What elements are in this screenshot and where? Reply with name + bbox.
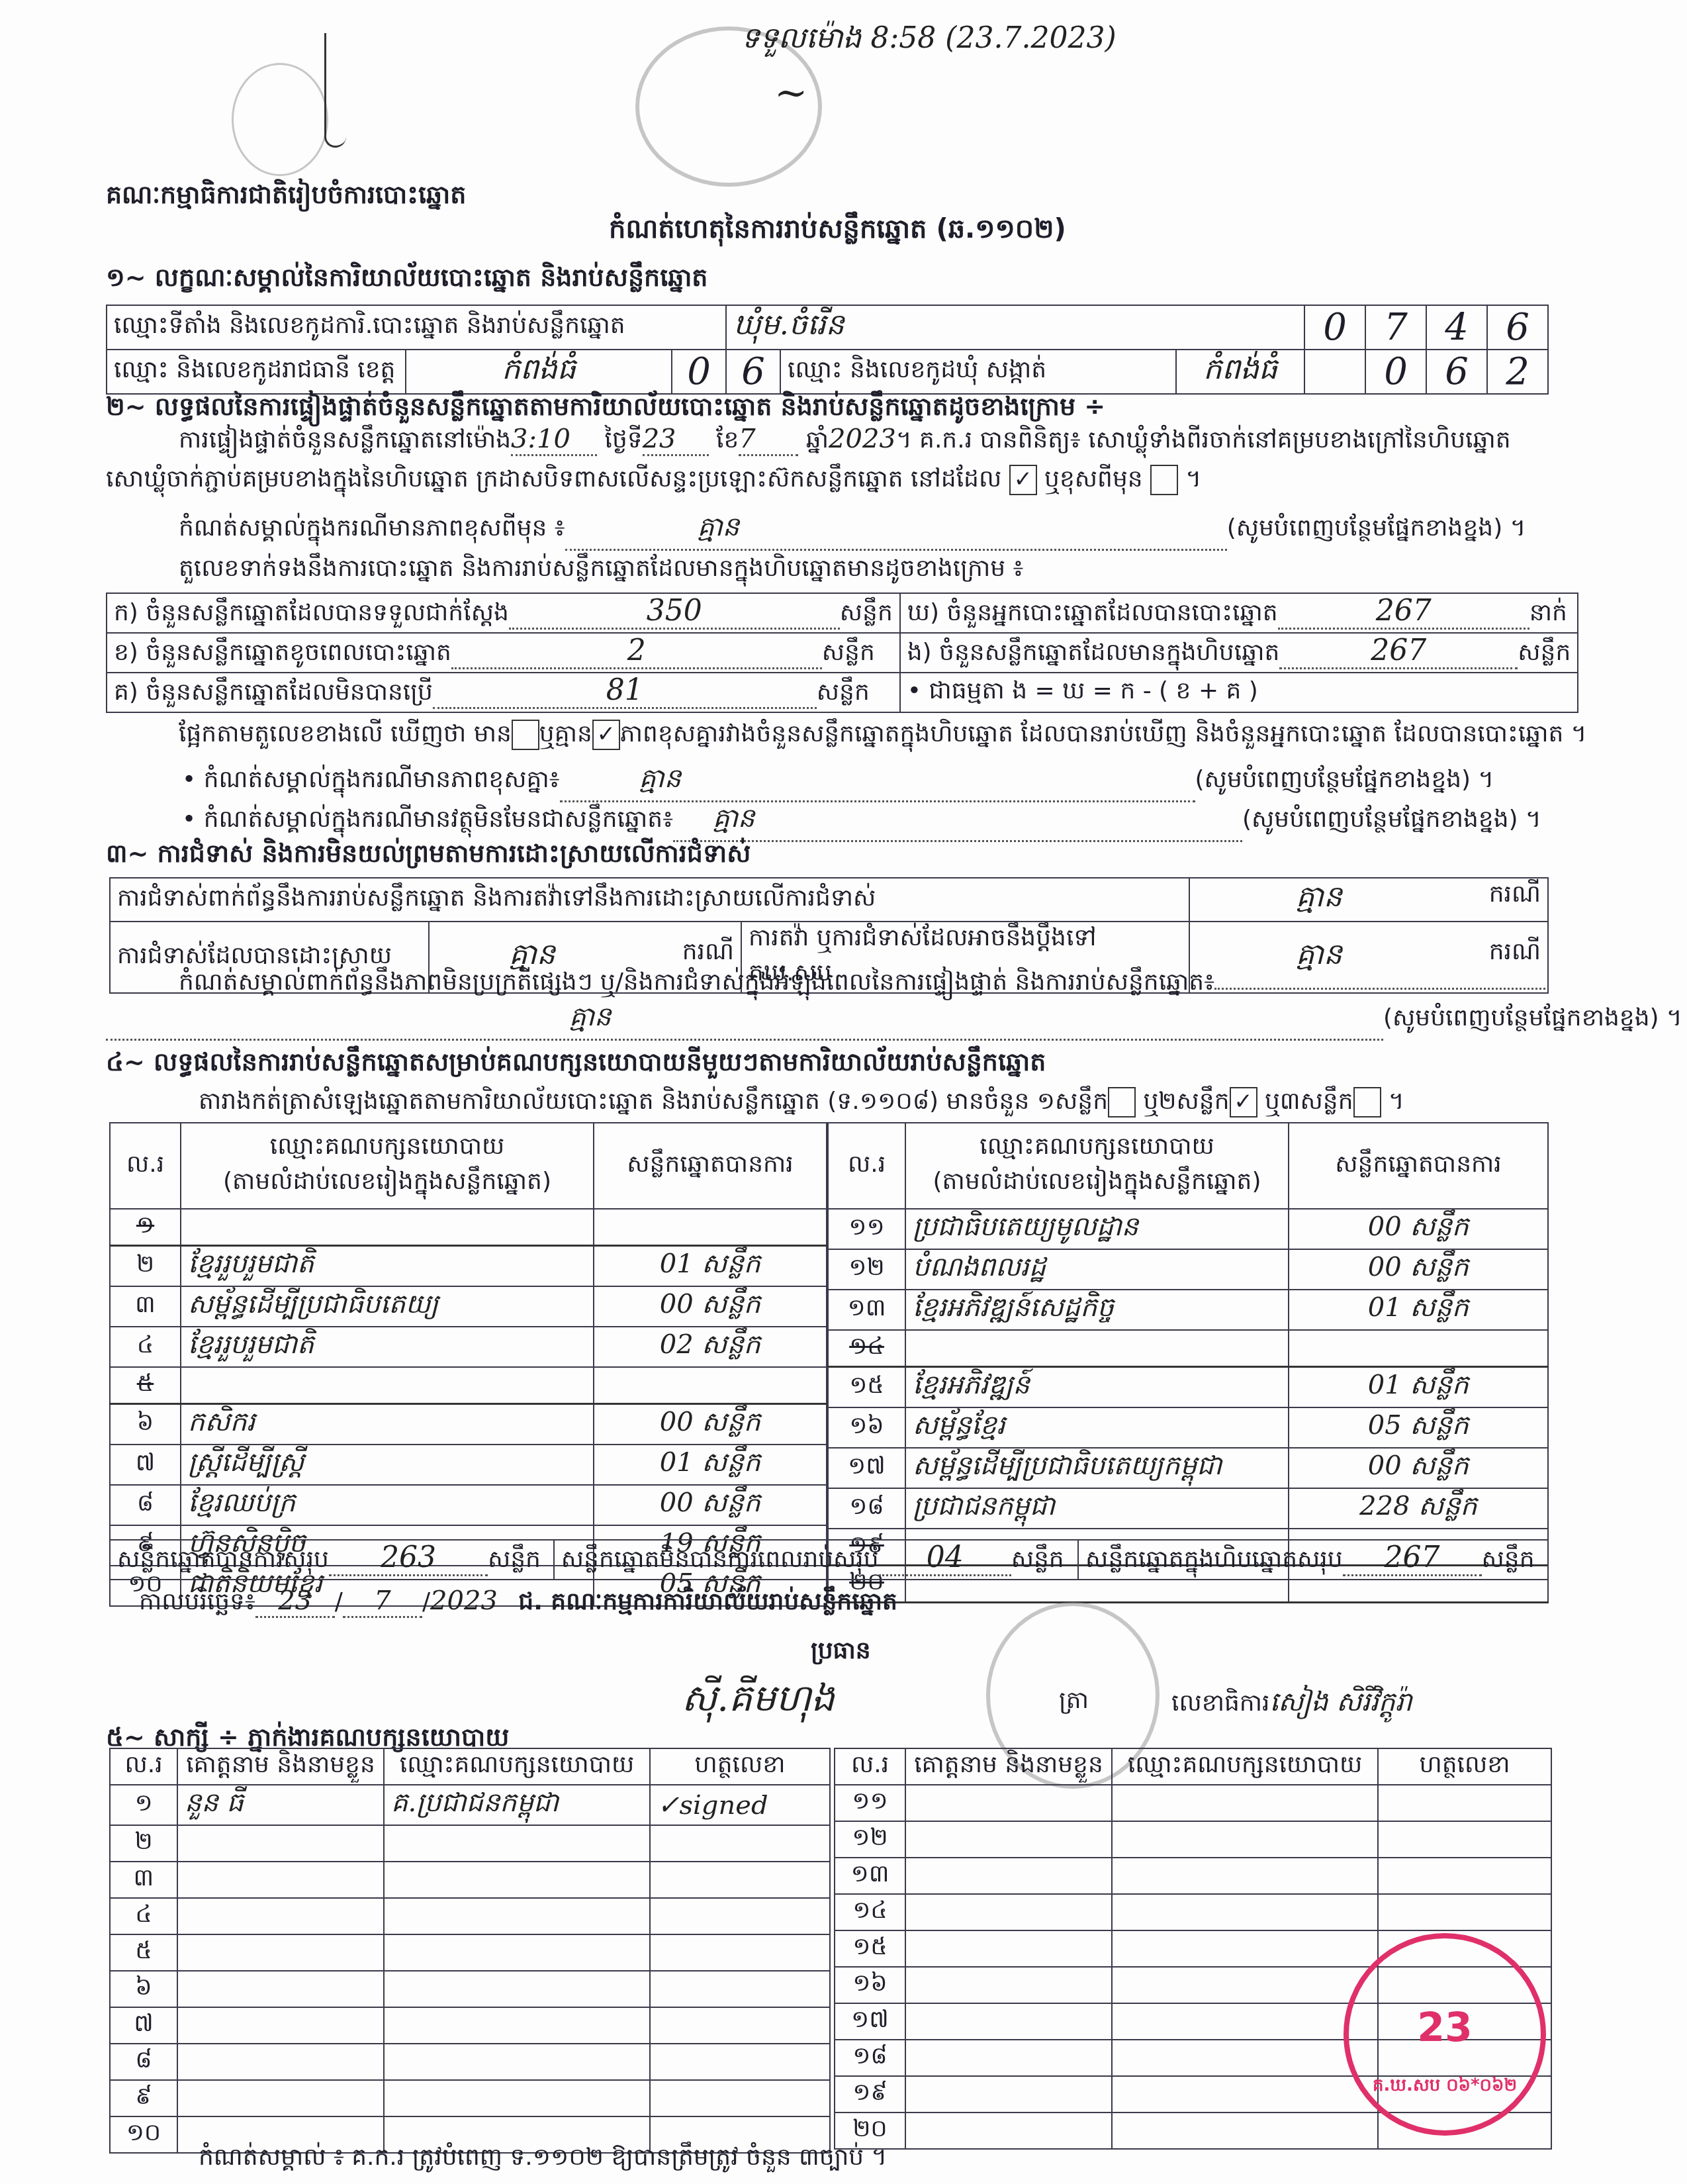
sheet-count-line: តារាងកត់ត្រាសំឡេងឆ្នោតតាមការិយាល័យបោះឆ្ន… [199,1086,1404,1121]
witness-party: គ.ប្រជាជនកម្ពុជា [384,1785,650,1825]
section2-title: ២~ លទ្ធផលនៃការផ្ទៀងផ្ទាត់ចំនួនសន្លឹកឆ្នោ… [106,391,1105,428]
result-row: ៥ [110,1367,827,1404]
witness-no: ១៥ [835,1930,905,1967]
result-row: ២ខ្មែររួបរួមជាតិ01 សន្លឹក [110,1246,827,1287]
party-votes: 01 សន្លឹក [1289,1367,1548,1408]
party-name: សម្ព័ន្ធដើម្បីប្រជាធិបតេយ្យ [181,1286,594,1327]
party-votes: 00 សន្លឹក [594,1485,827,1525]
witness-row: ១១ [835,1785,1551,1821]
section3-title: ៣~ ការជំទាស់ និងការមិនយល់ព្រមតាមការដោះស្… [106,837,751,875]
ballots-spoiled: 2 [451,634,822,669]
witness-name [905,1858,1112,1894]
ballots-received: 350 [509,594,840,630]
witness-row: ៧ [110,2007,830,2044]
witness-no: ១ [110,1785,177,1825]
witness-party [1112,2040,1378,2076]
date-day: 23 [255,1586,335,1618]
witness-sign [1378,1821,1551,1858]
total-valid: 263 [329,1541,488,1576]
witness-no: ១២ [835,1821,905,1858]
verify-month: 7 [739,424,798,456]
witness-no: ៦ [110,1971,177,2007]
witness-party [1112,1894,1378,1930]
result-row: ៨ខ្មែរឈប់ក្រ00 សន្លឹក [110,1485,827,1525]
party-votes [594,1209,827,1246]
witness-name [905,1930,1112,1967]
station-label: ឈ្មោះទីតាំង និងលេខកូដការិ.បោះឆ្នោត និងរា… [107,305,726,350]
witness-party [1112,2113,1378,2149]
result-row: ១៨ប្រជាជនកម្ពុជា228 សន្លឹក [828,1488,1548,1529]
total-in-box: 267 [1343,1541,1482,1576]
witness-name [905,2113,1112,2149]
witness-row: ១៤ [835,1894,1551,1930]
result-row: ១១ប្រជាធិបតេយ្យមូលដ្ឋាន00 សន្លឹក [828,1209,1548,1249]
witness-party [1112,1785,1378,1821]
formula: • ជាធម្មតា ង = ឃ = ក - ( ខ + គ ) [900,673,1578,712]
party-votes [1289,1330,1548,1367]
witness-sign [650,1934,830,1971]
verify-time: 3:10 [511,424,597,456]
witness-row: ១នួន ធីគ.ប្រជាជនកម្ពុជា✓signed [110,1785,830,1825]
party-votes: 00 សន្លឹក [1289,1249,1548,1290]
witness-row: ៦ [110,1971,830,2007]
ballots-unused: 81 [433,673,817,709]
party-votes: 01 សន្លឹក [1289,1290,1548,1330]
witness-sign: ✓signed [650,1785,830,1825]
witness-name [905,1785,1112,1821]
diff-note-line: កំណត់សម្គាល់ក្នុងករណីមានភាពខុសពីមុន ៖គ្ម… [179,510,1526,551]
witness-name [177,1971,384,2007]
party-name [181,1367,594,1404]
seal-changed-checkbox[interactable] [1150,465,1178,495]
witness-name [177,1934,384,1971]
party-votes: 01 សន្លឹក [594,1246,827,1287]
station-name: ឃុំម.ចំរើន [726,305,1304,350]
witness-sign [650,2007,830,2044]
party-name: ខ្មែររួបរួមជាតិ [181,1246,594,1287]
party-name: ប្រជាធិបតេយ្យមូលដ្ឋាន [905,1209,1289,1249]
party-votes: 00 សន្លឹក [594,1286,827,1327]
numbers-intro: តួលេខទាក់ទងនឹងការបោះឆ្នោត និងការរាប់សន្ល… [179,553,1023,588]
witness-sign [650,1825,830,1862]
footnote: កំណត់សម្គាល់ ៖ គ.ក.រ ត្រូវបំពេញ ទ.១១០២ ឱ… [199,2142,887,2177]
party-votes: 01 សន្លឹក [594,1445,827,1485]
province-code-0: 0 [672,350,726,394]
witness-row: ៥ [110,1934,830,1971]
party-name: បំណងពលរដ្ឋ [905,1249,1289,1290]
station-info-table: ឈ្មោះទីតាំង និងលេខកូដការិ.បោះឆ្នោត និងរា… [106,305,1549,395]
secretary-signature: សៀង សិរីវិក្តូរ៉ា [1270,1687,1412,1717]
party-name: ស្ត្រីដើម្បីស្ត្រី [181,1445,594,1485]
two-sheets-checkbox[interactable]: ✓ [1230,1087,1257,1117]
three-sheets-checkbox[interactable] [1353,1087,1381,1117]
party-votes: 02 សន្លឹក [594,1327,827,1367]
commune-label: ឈ្មោះ និងលេខកូដឃុំ សង្កាត់ [780,350,1176,394]
witness-row: ១៣ [835,1858,1551,1894]
party-name: សម្ព័ន្ធដើម្បីប្រជាធិបតេយ្យកម្ពុជា [905,1448,1289,1488]
station-code-0: 0 [1304,305,1365,350]
witness-no: ៨ [110,2044,177,2080]
result-row: ១២បំណងពលរដ្ឋ00 សន្លឹក [828,1249,1548,1290]
commune-code-0: 0 [1365,350,1426,394]
result-row: ១៦សម្ព័ន្ធខ្មែរ05 សន្លឹក [828,1407,1548,1448]
witness-no: ៧ [110,2007,177,2044]
witness-sign [650,1971,830,2007]
result-row: ១៣ខ្មែរអភិវឌ្ឍន៍សេដ្ឋកិច្ច01 សន្លឹក [828,1290,1548,1330]
witness-sign [650,1898,830,1934]
compare-line: ផ្អែកតាមតួលេខខាងលើ ឃើញថា មានឬគ្មាន✓ភាពខុ… [179,718,1587,753]
witness-row: ៩ [110,2080,830,2116]
witness-no: ១៨ [835,2040,905,2076]
witness-name [177,2007,384,2044]
witness-row: ១២ [835,1821,1551,1858]
witness-party [384,2007,650,2044]
result-row: ៦កសិករ00 សន្លឹក [110,1404,827,1445]
witness-party [384,1971,650,2007]
logo-pen-mark [324,33,346,148]
results-table-left: ល.រ ឈ្មោះគណបក្សនយោបាយ(តាមលំដាប់លេខរៀងក្ន… [109,1122,827,1607]
witness-no: ១៤ [835,1894,905,1930]
witness-party [384,1898,650,1934]
station-code-3: 6 [1487,305,1548,350]
witness-name [177,2044,384,2080]
witness-no: ១៩ [835,2076,905,2113]
party-name: ខ្មែររួបរួមជាតិ [181,1327,594,1367]
witness-sign [650,2044,830,2080]
difference-none-checkbox[interactable]: ✓ [592,720,620,750]
witness-no: ១៦ [835,1967,905,2003]
witness-no: ១០ [110,2116,177,2153]
chair-signature: ស៊ី.គីមហុង [682,1675,835,1729]
date-month: 7 [343,1586,422,1618]
results-table-right: ល.រ ឈ្មោះគណបក្សនយោបាយ(តាមលំដាប់លេខរៀងក្ន… [827,1122,1549,1603]
party-votes [594,1367,827,1404]
witness-sign [1378,1894,1551,1930]
seal-line: សោឃ្លុំចាក់ភ្ជាប់គម្របខាងក្នុងនៃហិបឆ្នោត… [106,463,1201,499]
nec-logo [232,63,328,176]
party-votes: 00 សន្លឹក [1289,1209,1548,1249]
result-row: ១ [110,1209,827,1246]
witness-no: ១៣ [835,1858,905,1894]
bullet2-value: គ្មាន [673,801,1242,842]
commune-name: កំពង់ធំ [1176,350,1304,394]
witness-name [905,1967,1112,2003]
witness-no: ៤ [110,1898,177,1934]
party-votes: 00 សន្លឹក [1289,1448,1548,1488]
witness-no: ៥ [110,1934,177,1971]
secretary-line: លេខាធិការសៀង សិរីវិក្តូរ៉ា [1171,1685,1412,1724]
chair-label: ប្រធាន [811,1635,871,1670]
witness-party [1112,2076,1378,2113]
section1-title: ១~ លក្ខណៈសម្គាល់នៃការិយាល័យបោះឆ្នោត និងរ… [106,261,708,299]
witness-no: ២ [110,1825,177,1862]
witness-party [1112,1930,1378,1967]
witness-name [905,1821,1112,1858]
verify-line: ការផ្ទៀងផ្ទាត់ចំនួនសន្លឹកឆ្នោតនៅម៉ោង3:10… [179,424,1511,459]
date-line: កាលបរិច្ឆេទ៖23/7/2023 ជ. គណៈកម្មការការិយ… [139,1586,897,1621]
witness-party [384,1825,650,1862]
station-code-1: 7 [1365,305,1426,350]
party-name [181,1209,594,1246]
diff-note-value: គ្មាន [565,510,1227,551]
witness-no: ៩ [110,2080,177,2116]
witness-table-left: ល.រ គោត្តនាម និងនាមខ្លួន ឈ្មោះគណបក្សនយោប… [109,1748,831,2154]
province-name: កំពង់ធំ [406,350,672,394]
witness-party [1112,1821,1378,1858]
witness-sign [1378,1858,1551,1894]
witness-name [177,2080,384,2116]
witness-row: ៤ [110,1898,830,1934]
station-code-2: 4 [1426,305,1487,350]
receipt-signature: ~ [774,70,807,116]
section4-title: ៤~ លទ្ធផលនៃការរាប់សន្លឹកឆ្នោតសម្រាប់គណបក… [106,1046,1046,1083]
party-votes: 228 សន្លឹក [1289,1488,1548,1529]
witness-party [384,1934,650,1971]
party-name: ខ្មែរអភិវឌ្ឍន៍សេដ្ឋកិច្ច [905,1290,1289,1330]
witness-name [905,2040,1112,2076]
irregularity-note-value: គ្មាន [106,1000,1383,1041]
witness-no: ៣ [110,1862,177,1898]
result-row: ៣សម្ព័ន្ធដើម្បីប្រជាធិបតេយ្យ00 សន្លឹក [110,1286,827,1327]
witness-party [1112,1858,1378,1894]
irregularity-note-line: គ្មាន(សូមបំពេញបន្ថែមផ្នែកខាងខ្នង) ។ [106,1000,1682,1041]
verify-year: 2023 [829,424,896,454]
witness-sign [650,2080,830,2116]
bullet1-value: គ្មាន [560,761,1195,802]
witness-name [177,1862,384,1898]
ballots-in-box: 267 [1279,634,1518,669]
witness-row: ២ [110,1825,830,1862]
witness-name [905,2003,1112,2040]
party-votes: 00 សន្លឹក [594,1404,827,1445]
irregularity-note-label: កំណត់សម្គាល់ពាក់ព័ន្ធនឹងភាពមិនប្រក្រតីផ្… [179,967,1545,1002]
bullet2-line: • កំណត់សម្គាល់ក្នុងករណីមានវត្ថុមិនមែនជាស… [182,801,1541,842]
witness-name [177,1825,384,1862]
witness-party [384,2080,650,2116]
witness-party [384,2044,650,2080]
witness-row: ៨ [110,2044,830,2080]
result-row: ១៤ [828,1330,1548,1367]
province-code-1: 6 [726,350,780,394]
difference-yes-checkbox[interactable] [512,720,539,750]
org-name: គណៈកម្មាធិការជាតិរៀបចំការបោះឆ្នោត [106,179,466,216]
receipt-note: ទទួលម៉ោង 8:58 (23.7.2023) [741,20,1117,62]
voters-voted: 267 [1278,594,1529,630]
objections-count: គ្មាន [1296,880,1342,914]
witness-party [1112,1967,1378,2003]
party-name: ខ្មែរអភិវឌ្ឍន៍ [905,1367,1289,1408]
province-label: ឈ្មោះ និងលេខកូដរាជធានី ខេត្ត [107,350,406,394]
party-name: ខ្មែរឈប់ក្រ [181,1485,594,1525]
ballot-count-table: ក) ចំនួនសន្លឹកឆ្នោតដែលបានទទួលជាក់ស្តែង35… [106,593,1578,713]
form-title: កំណត់ហេតុនៃការរាប់សន្លឹកឆ្នោត (ឆ.១១០២) [609,212,1066,251]
red-official-stamp: 23 គ.ឃ.សប ០៦*០៦២ [1344,1933,1546,2136]
witness-no: ១១ [835,1785,905,1821]
result-row: ១៥ខ្មែរអភិវឌ្ឍន៍01 សន្លឹក [828,1367,1548,1408]
party-votes: 05 សន្លឹក [1289,1407,1548,1448]
one-sheet-checkbox[interactable] [1108,1087,1136,1117]
party-name: សម្ព័ន្ធខ្មែរ [905,1407,1289,1448]
witness-party [384,1862,650,1898]
witness-sign [1378,1785,1551,1821]
total-invalid: 04 [879,1541,1011,1576]
verify-day: 23 [643,424,709,456]
party-name [905,1330,1289,1367]
witness-name [905,2076,1112,2113]
seal-intact-checkbox[interactable]: ✓ [1009,465,1037,495]
witness-party [1112,2003,1378,2040]
result-row: ៤ខ្មែររួបរួមជាតិ02 សន្លឹក [110,1327,827,1367]
date-year: 2023 [430,1586,498,1616]
party-name: ប្រជាជនកម្ពុជា [905,1488,1289,1529]
result-row: ១៧សម្ព័ន្ធដើម្បីប្រជាធិបតេយ្យកម្ពុជា00 ស… [828,1448,1548,1488]
commune-code-2: 2 [1487,350,1548,394]
seal-mark: ត្រា [1059,1685,1089,1720]
witness-sign [650,1862,830,1898]
witness-name [905,1894,1112,1930]
results-totals: សន្លឹកឆ្នោតបានការសរុប263សន្លឹក សន្លឹកឆ្ន… [109,1539,1549,1580]
bullet1-line: • កំណត់សម្គាល់ក្នុងករណីមានភាពខុសគ្នា៖គ្ម… [182,761,1494,802]
witness-row: ៣ [110,1862,830,1898]
witness-name: នួន ធី [177,1785,384,1825]
witness-no: ១៧ [835,2003,905,2040]
witness-name [177,1898,384,1934]
result-row: ៧ស្ត្រីដើម្បីស្ត្រី01 សន្លឹក [110,1445,827,1485]
commune-code-1: 6 [1426,350,1487,394]
party-name: កសិករ [181,1404,594,1445]
